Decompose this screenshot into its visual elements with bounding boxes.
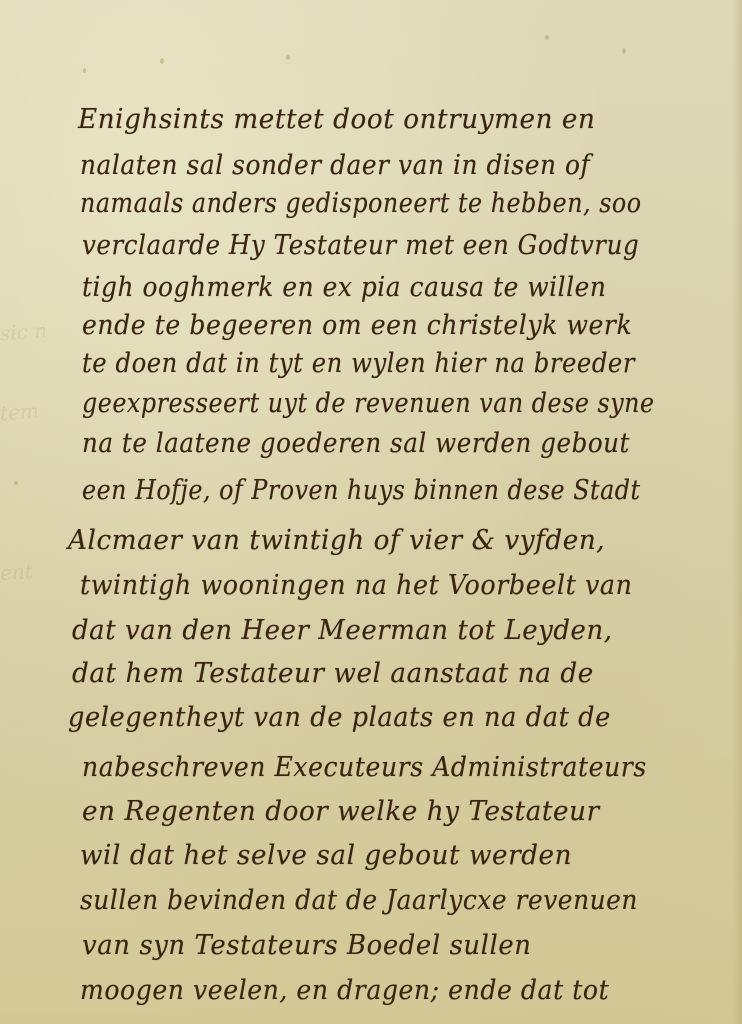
manuscript-line-4: verclaarde Hy Testateur met een Godtvrug (82, 230, 639, 261)
manuscript-line-9: na te laatene goederen sal werden gebout (82, 428, 630, 459)
manuscript-line-12: twintigh wooningen na het Voorbeelt van (80, 570, 632, 601)
handwritten-text-block: Enighsints mettet doot ontruymen en nala… (0, 0, 742, 1024)
manuscript-line-14: dat hem Testateur wel aanstaat na de (72, 658, 594, 689)
manuscript-line-18: wil dat het selve sal gebout werden (80, 840, 572, 871)
manuscript-line-21: moogen veelen, en dragen; ende dat tot (80, 975, 609, 1006)
manuscript-line-2: nalaten sal sonder daer van in disen of (80, 150, 590, 181)
manuscript-line-15: gelegentheyt van de plaats en na dat de (68, 702, 611, 733)
manuscript-line-1: Enighsints mettet doot ontruymen en (78, 104, 595, 135)
manuscript-line-5: tigh ooghmerk en ex pia causa te willen (82, 272, 606, 303)
manuscript-line-13: dat van den Heer Meerman tot Leyden, (72, 615, 613, 646)
manuscript-line-3: namaals anders gedisponeert te hebben, s… (80, 188, 642, 219)
manuscript-line-16: nabeschreven Executeurs Administrateurs (82, 752, 647, 783)
manuscript-line-6: ende te begeeren om een christelyk werk (82, 310, 632, 341)
manuscript-line-20: van syn Testateurs Boedel sullen (82, 930, 532, 961)
manuscript-line-7: te doen dat in tyt en wylen hier na bree… (82, 348, 635, 379)
manuscript-page: sic n tem ent Enighsints mettet doot ont… (0, 0, 742, 1024)
manuscript-line-8: geexpresseert uyt de revenuen van dese s… (82, 388, 655, 419)
manuscript-line-11: Alcmaer van twintigh of vier & vyfden, (68, 525, 605, 556)
manuscript-line-19: sullen bevinden dat de Jaarlycxe revenue… (80, 885, 638, 916)
manuscript-line-17: en Regenten door welke hy Testateur (82, 796, 600, 827)
manuscript-line-10: een Hofje, of Proven huys binnen dese St… (82, 475, 641, 506)
